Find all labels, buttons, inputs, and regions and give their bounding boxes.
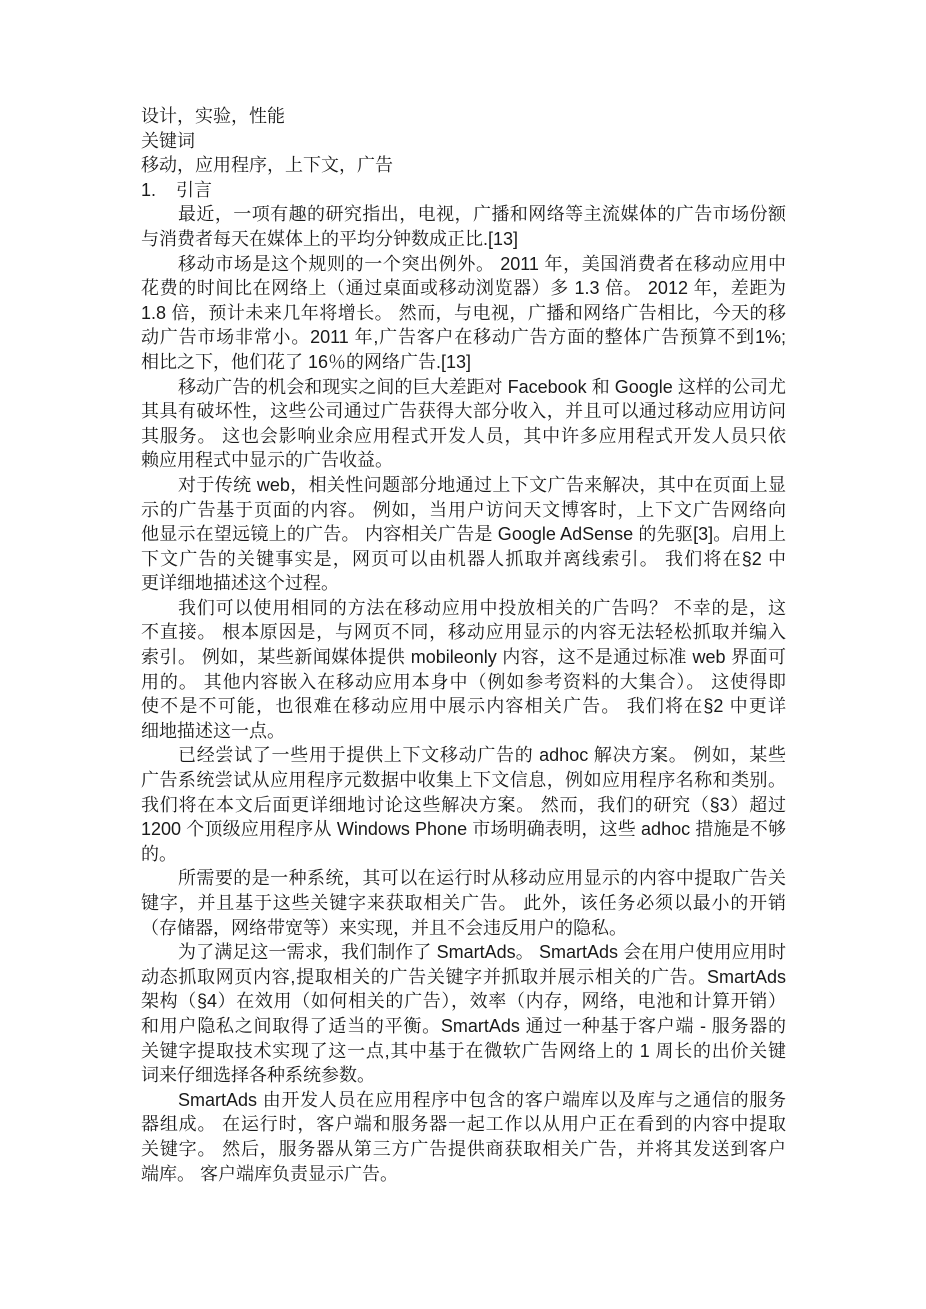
text-line: 其具有破坏性，这些公司通过广告获得大部分收入，并且可以通过移动应用访问 [141, 399, 786, 424]
paragraphs: 最近，一项有趣的研究指出，电视，广播和网络等主流媒体的广告市场份额与消费者每天在… [141, 202, 786, 1186]
document-page: 设计，实验，性能 关键词 移动，应用程序，上下文，广告 1.引言 最近，一项有趣… [0, 0, 926, 1309]
text-line: 相比之下，他们花了 16％的网络广告.[13] [141, 350, 786, 375]
text-line: 更详细地描述这个过程。 [141, 571, 786, 596]
text-line: 关键字提取技术实现了这一点,其中基于在微软广告网络上的 1 周长的出价关键 [141, 1039, 786, 1064]
keywords-label-line: 关键词 [141, 129, 786, 154]
text-line: SmartAds 由开发人员在应用程序中包含的客户端库以及库与之通信的服务 [141, 1088, 786, 1113]
paragraph: 为了满足这一需求，我们制作了 SmartAds。 SmartAds 会在用户使用… [141, 940, 786, 1088]
text-line: 移动广告的机会和现实之间的巨大差距对 Facebook 和 Google 这样的… [141, 375, 786, 400]
text-line: 示的广告基于页面的内容。 例如，当用户访问天文博客时，上下文广告网络向 [141, 498, 786, 523]
text-line: 所需要的是一种系统，其可以在运行时从移动应用显示的内容中提取广告关 [141, 866, 786, 891]
text-line: 细地描述这一点。 [141, 719, 786, 744]
text-line: 键字，并且基于这些关键字来获取相关广告。 此外，该任务必须以最小的开销 [141, 891, 786, 916]
text-line: 架构（§4）在效用（如何相关的广告），效率（内存，网络，电池和计算开销） [141, 989, 786, 1014]
text-line: 花费的时间比在网络上（通过桌面或移动浏览器）多 1.3 倍。 2012 年，差距… [141, 276, 786, 301]
text-line: 词来仔细选择各种系统参数。 [141, 1063, 786, 1088]
text-line: 我们可以使用相同的方法在移动应用中投放相关的广告吗？ 不幸的是，这 [141, 596, 786, 621]
text-line: 与消费者每天在媒体上的平均分钟数成正比.[13] [141, 227, 786, 252]
section-title: 引言 [176, 180, 212, 200]
text-line: 移动市场是这个规则的一个突出例外。 2011 年，美国消费者在移动应用中 [141, 252, 786, 277]
text-line: 的。 [141, 842, 786, 867]
text-line: 我们将在本文后面更详细地讨论这些解决方案。 然而，我们的研究（§3）超过 [141, 793, 786, 818]
text-line: 不直接。 根本原因是，与网页不同，移动应用显示的内容无法轻松抓取并编入 [141, 620, 786, 645]
general-terms-line: 设计，实验，性能 [141, 104, 786, 129]
paragraph: 对于传统 web，相关性问题部分地通过上下文广告来解决，其中在页面上显示的广告基… [141, 473, 786, 596]
text-line: 下文广告的关键事实是，网页可以由机器人抓取并离线索引。 我们将在§2 中 [141, 547, 786, 572]
text-line: 用的。 其他内容嵌入在移动应用本身中（例如参考资料的大集合）。 这使得即 [141, 670, 786, 695]
paragraph: 已经尝试了一些用于提供上下文移动广告的 adhoc 解决方案。 例如，某些广告系… [141, 743, 786, 866]
text-line: 已经尝试了一些用于提供上下文移动广告的 adhoc 解决方案。 例如，某些 [141, 743, 786, 768]
text-line: 为了满足这一需求，我们制作了 SmartAds。 SmartAds 会在用户使用… [141, 940, 786, 965]
text-line: 动广告市场非常小。2011 年,广告客户在移动广告方面的整体广告预算不到1%; [141, 325, 786, 350]
section-number: 1. [141, 178, 176, 203]
text-line: 使不是不可能，也很难在移动应用中展示内容相关广告。 我们将在§2 中更详 [141, 694, 786, 719]
text-line: 1.8 倍，预计未来几年将增长。 然而，与电视，广播和网络广告相比，今天的移 [141, 301, 786, 326]
text-line: 关键字。 然后，服务器从第三方广告提供商获取相关广告，并将其发送到客户 [141, 1137, 786, 1162]
text-line: 最近，一项有趣的研究指出，电视，广播和网络等主流媒体的广告市场份额 [141, 202, 786, 227]
keywords-line: 移动，应用程序，上下文，广告 [141, 153, 786, 178]
text-line: 其服务。 这也会影响业余应用程式开发人员，其中许多应用程式开发人员只依 [141, 424, 786, 449]
paragraph: 最近，一项有趣的研究指出，电视，广播和网络等主流媒体的广告市场份额与消费者每天在… [141, 202, 786, 251]
text-line: （存储器，网络带宽等）来实现，并且不会违反用户的隐私。 [141, 916, 786, 941]
text-line: 1200 个顶级应用程序从 Windows Phone 市场明确表明，这些 ad… [141, 817, 786, 842]
text-line: 索引。 例如，某些新闻媒体提供 mobileonly 内容，这不是通过标准 we… [141, 645, 786, 670]
text-column: 设计，实验，性能 关键词 移动，应用程序，上下文，广告 1.引言 最近，一项有趣… [141, 104, 786, 1186]
text-line: 对于传统 web，相关性问题部分地通过上下文广告来解决，其中在页面上显 [141, 473, 786, 498]
text-line: 和用户隐私之间取得了适当的平衡。SmartAds 通过一种基于客户端 - 服务器… [141, 1014, 786, 1039]
paragraph: 移动市场是这个规则的一个突出例外。 2011 年，美国消费者在移动应用中花费的时… [141, 252, 786, 375]
text-line: 赖应用程式中显示的广告收益。 [141, 448, 786, 473]
paragraph: 我们可以使用相同的方法在移动应用中投放相关的广告吗？ 不幸的是，这不直接。 根本… [141, 596, 786, 744]
paragraph: 移动广告的机会和现实之间的巨大差距对 Facebook 和 Google 这样的… [141, 375, 786, 473]
paragraph: SmartAds 由开发人员在应用程序中包含的客户端库以及库与之通信的服务器组成… [141, 1088, 786, 1186]
text-line: 器组成。 在运行时，客户端和服务器一起工作以从用户正在看到的内容中提取 [141, 1112, 786, 1137]
text-line: 端库。 客户端库负责显示广告。 [141, 1162, 786, 1187]
paragraph: 所需要的是一种系统，其可以在运行时从移动应用显示的内容中提取广告关键字，并且基于… [141, 866, 786, 940]
text-line: 动态抓取网页内容,提取相关的广告关键字并抓取并展示相关的广告。SmartAds [141, 965, 786, 990]
text-line: 他显示在望远镜上的广告。 内容相关广告是 Google AdSense 的先驱[… [141, 522, 786, 547]
section-heading: 1.引言 [141, 178, 786, 203]
text-line: 广告系统尝试从应用程序元数据中收集上下文信息，例如应用程序名称和类别。 [141, 768, 786, 793]
